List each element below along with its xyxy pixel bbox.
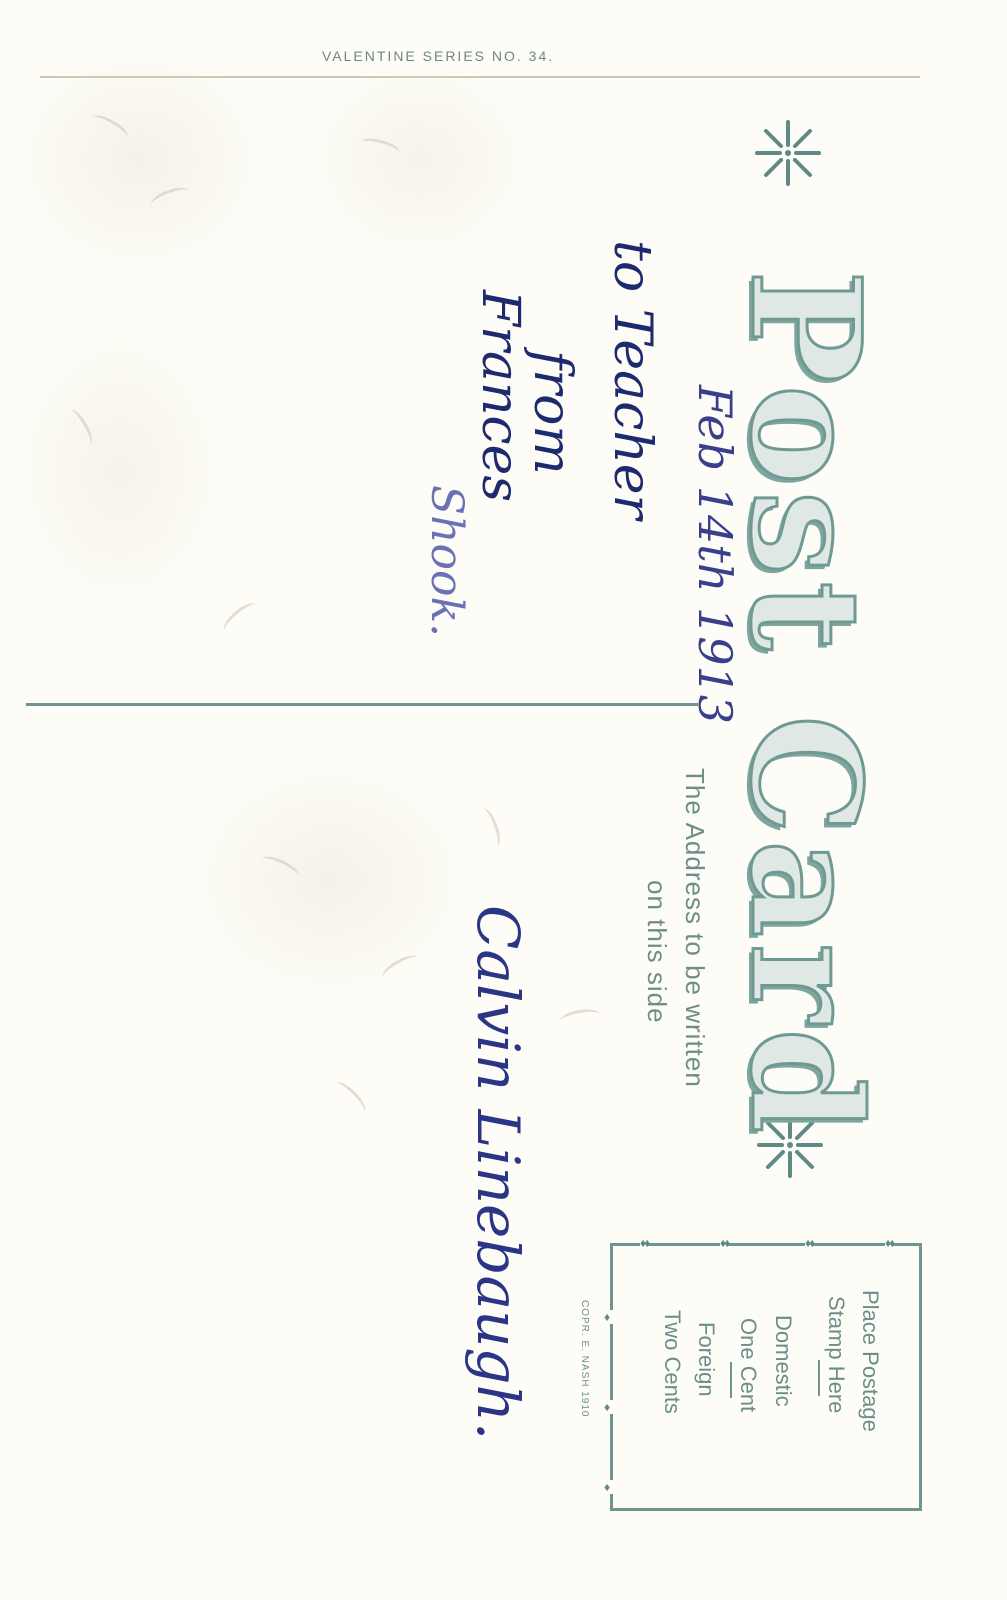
stamp-separator <box>818 1360 820 1396</box>
stamp-text-line-4: One Cent <box>737 1318 760 1412</box>
stamp-text-line-3: Domestic <box>772 1315 795 1407</box>
ornament-diamond-icon: ♦ <box>604 1400 616 1414</box>
ornament-diamond-icon: ♦♦ <box>640 1236 648 1250</box>
handwritten-sender-surname: Shook. <box>421 485 472 637</box>
series-label: VALENTINE SERIES NO. 34. <box>322 48 554 64</box>
emboss-mark <box>359 135 402 160</box>
address-instruction-line-1: The Address to be written <box>679 768 710 1088</box>
postcard-title: Post Card <box>730 270 880 1139</box>
ornament-diamond-icon: ♦♦ <box>720 1236 728 1250</box>
stamp-text-line-5: Foreign <box>695 1322 718 1397</box>
handwritten-to-line: to Teacher <box>602 240 662 519</box>
handwritten-from-line: from <box>522 350 582 475</box>
emboss-mark <box>220 599 260 636</box>
emboss-mark <box>64 406 97 448</box>
emboss-mark <box>559 1007 601 1029</box>
handwritten-date: Feb 14th 1913 <box>688 385 742 724</box>
stamp-text-line-2: Stamp Here <box>825 1296 848 1413</box>
emboss-mark <box>89 111 131 144</box>
asterisk-ornament-icon <box>753 118 823 188</box>
center-divider <box>26 703 698 706</box>
stamp-text-line-1: Place Postage <box>859 1290 882 1432</box>
handwritten-sender: Frances <box>470 290 530 502</box>
ornament-diamond-icon: ♦♦ <box>885 1236 893 1250</box>
handwritten-name: Calvin Linebaugh. <box>464 905 532 1440</box>
stamp-text-line-6: Two Cents <box>661 1310 684 1414</box>
address-instruction-line-2: on this side <box>641 880 672 1024</box>
emboss-mark <box>379 951 421 984</box>
postcard-back: VALENTINE SERIES NO. 34. Post Card The A… <box>0 0 1007 1600</box>
emboss-mark <box>259 852 302 882</box>
ornament-diamond-icon: ♦♦ <box>805 1236 813 1250</box>
emboss-mark <box>476 806 504 849</box>
emboss-mark <box>149 184 192 212</box>
header-rule <box>40 76 920 78</box>
ornament-diamond-icon: ♦ <box>604 1480 616 1494</box>
emboss-mark <box>331 1078 370 1117</box>
ornament-diamond-icon: ♦ <box>604 1310 616 1324</box>
stamp-separator <box>730 1362 732 1398</box>
copyright-notice: COPR. E. NASH 1910 <box>579 1300 590 1417</box>
